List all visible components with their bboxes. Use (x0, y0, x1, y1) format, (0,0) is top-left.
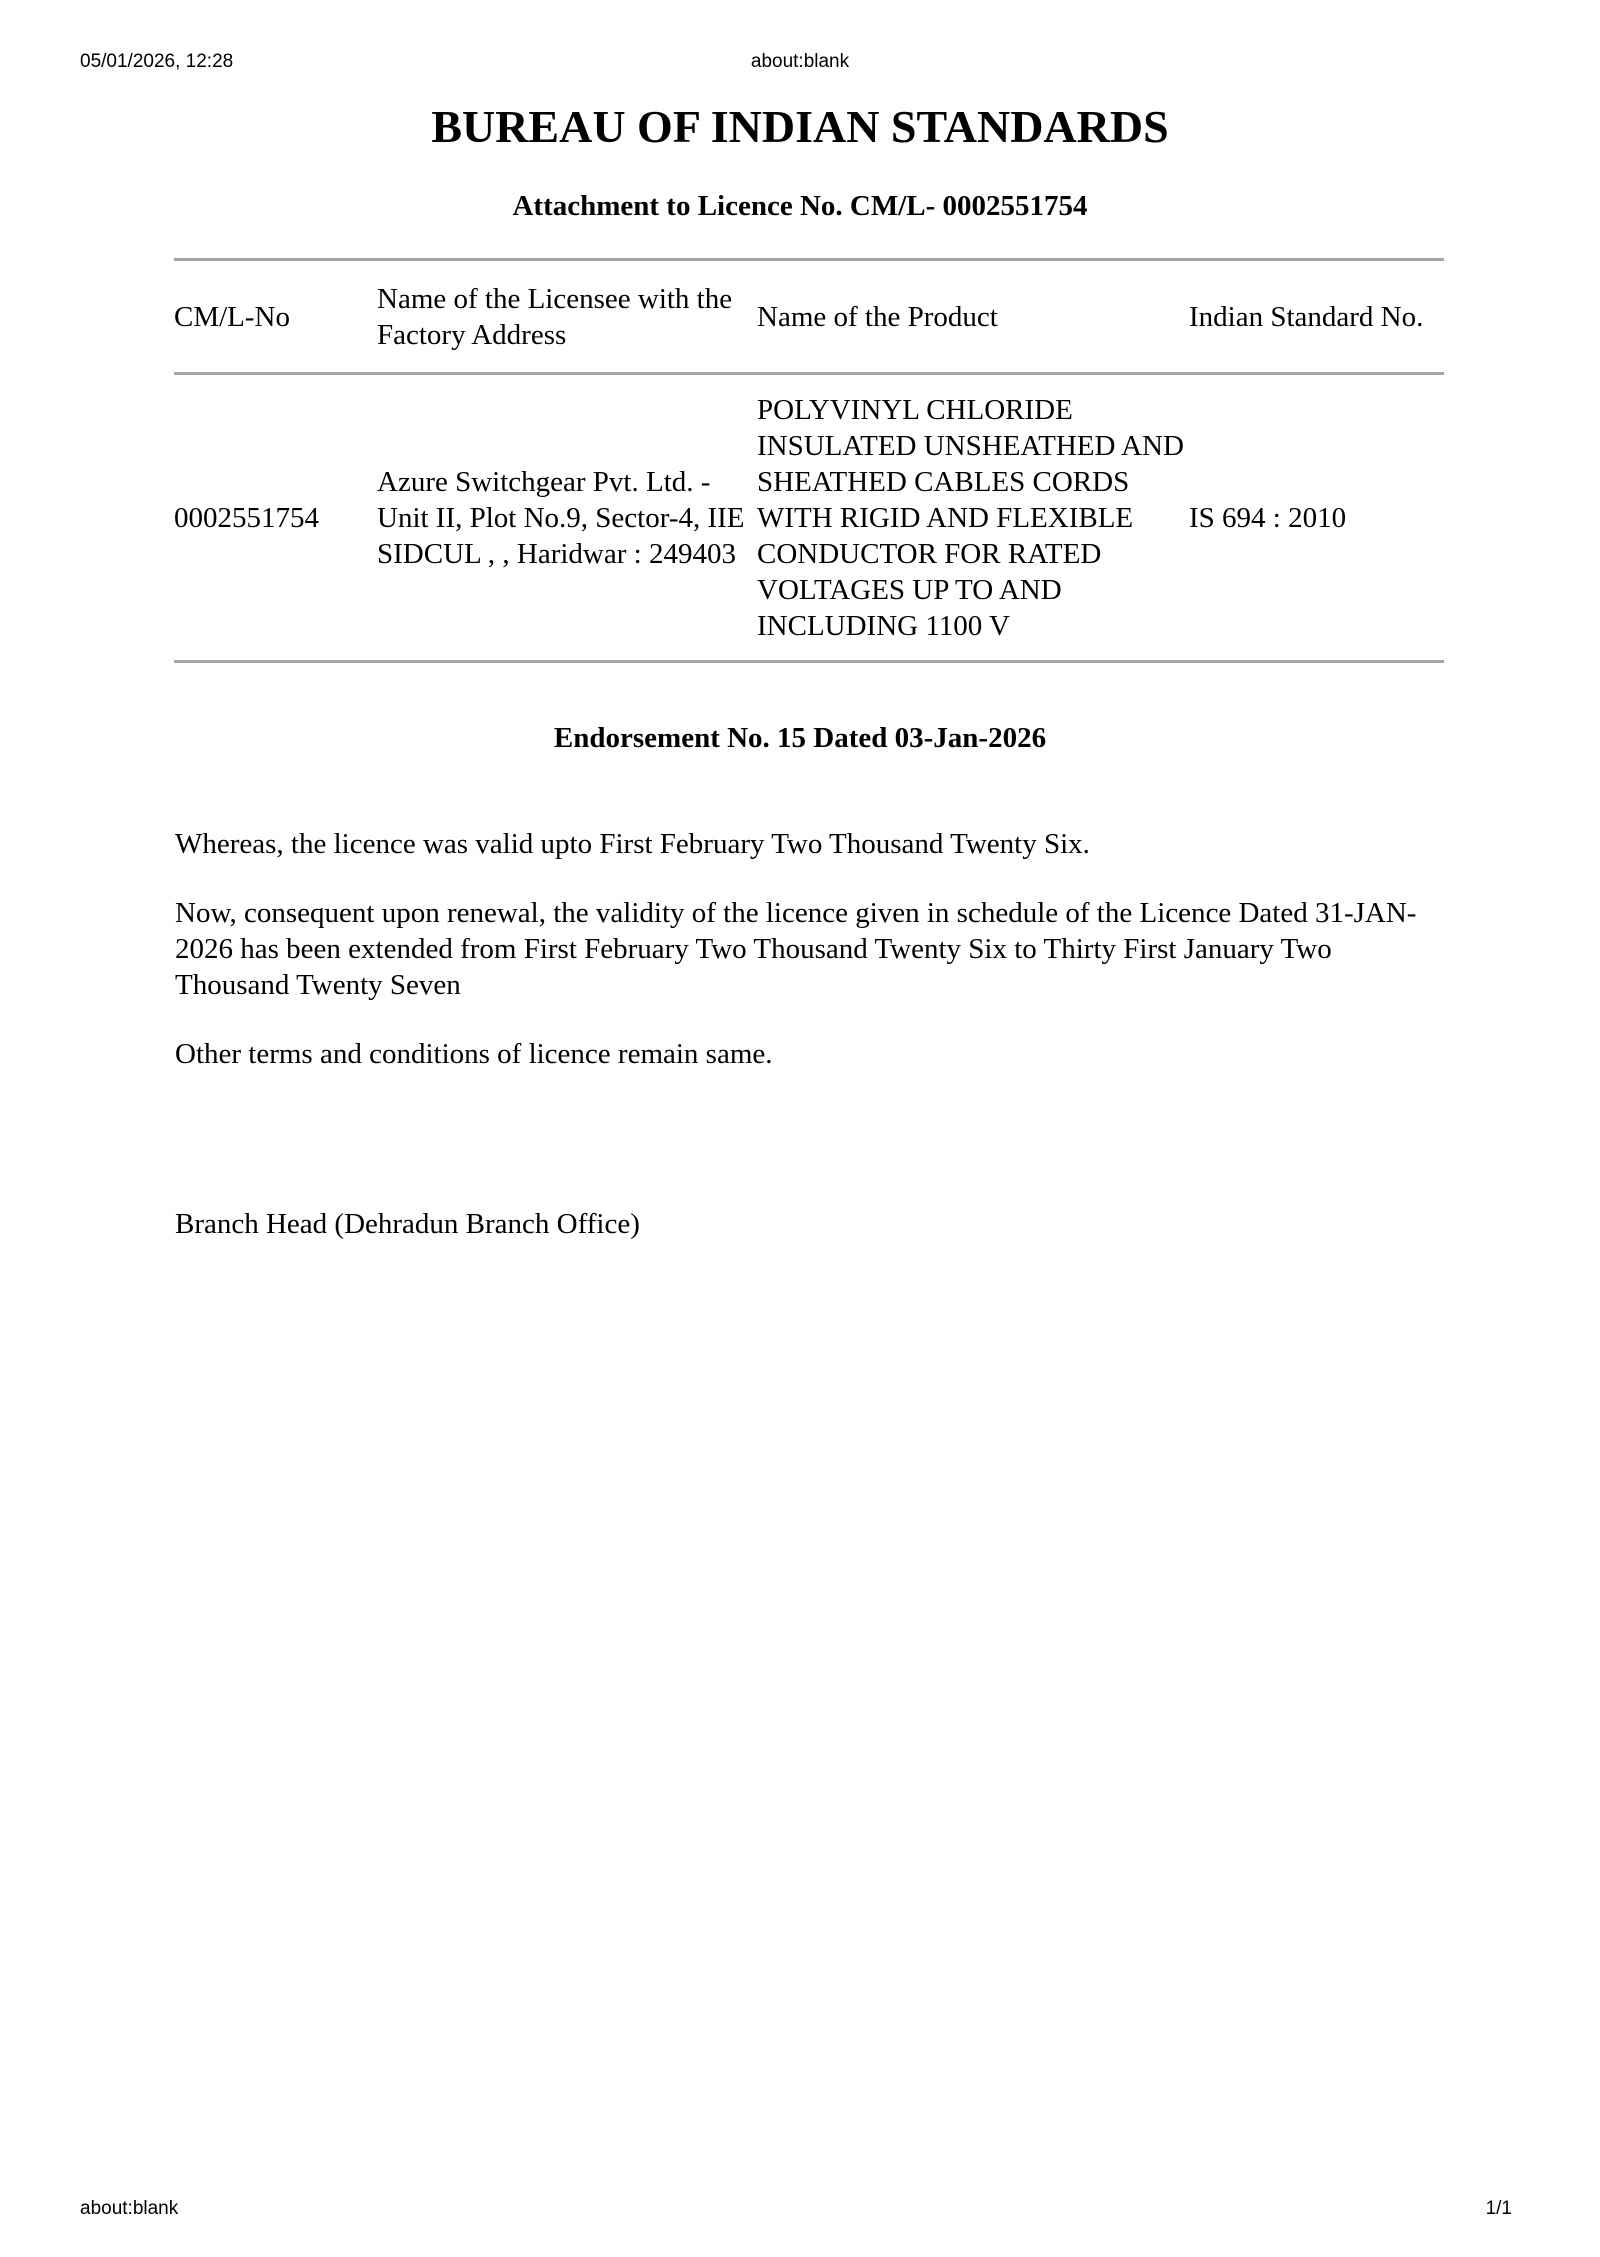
print-footer-page-number: 1/1 (1486, 2198, 1512, 2220)
column-header-licensee: Name of the Licensee with the Factory Ad… (377, 260, 757, 374)
document-title: BUREAU OF INDIAN STANDARDS (0, 100, 1600, 153)
cell-standard: IS 694 : 2010 (1189, 374, 1444, 662)
column-header-standard: Indian Standard No. (1189, 260, 1444, 374)
paragraph-terms: Other terms and conditions of licence re… (175, 1036, 1445, 1072)
endorsement-heading: Endorsement No. 15 Dated 03-Jan-2026 (0, 722, 1600, 755)
print-footer-url: about:blank (80, 2198, 178, 2220)
signatory: Branch Head (Dehradun Branch Office) (175, 1208, 640, 1241)
table-row: 0002551754 Azure Switchgear Pvt. Ltd. - … (174, 374, 1444, 662)
licence-table: CM/L-No Name of the Licensee with the Fa… (174, 258, 1444, 663)
cell-cml-no: 0002551754 (174, 374, 377, 662)
table-header-row: CM/L-No Name of the Licensee with the Fa… (174, 260, 1444, 374)
cell-licensee: Azure Switchgear Pvt. Ltd. - Unit II, Pl… (377, 374, 757, 662)
paragraph-renewal: Now, consequent upon renewal, the validi… (175, 895, 1445, 1003)
document-subtitle: Attachment to Licence No. CM/L- 00025517… (0, 190, 1600, 223)
column-header-cml-no: CM/L-No (174, 260, 377, 374)
print-header-title: about:blank (0, 51, 1600, 73)
paragraph-validity: Whereas, the licence was valid upto Firs… (175, 826, 1445, 862)
column-header-product: Name of the Product (757, 260, 1189, 374)
cell-product: POLYVINYL CHLORIDE INSULATED UNSHEATHED … (757, 374, 1189, 662)
